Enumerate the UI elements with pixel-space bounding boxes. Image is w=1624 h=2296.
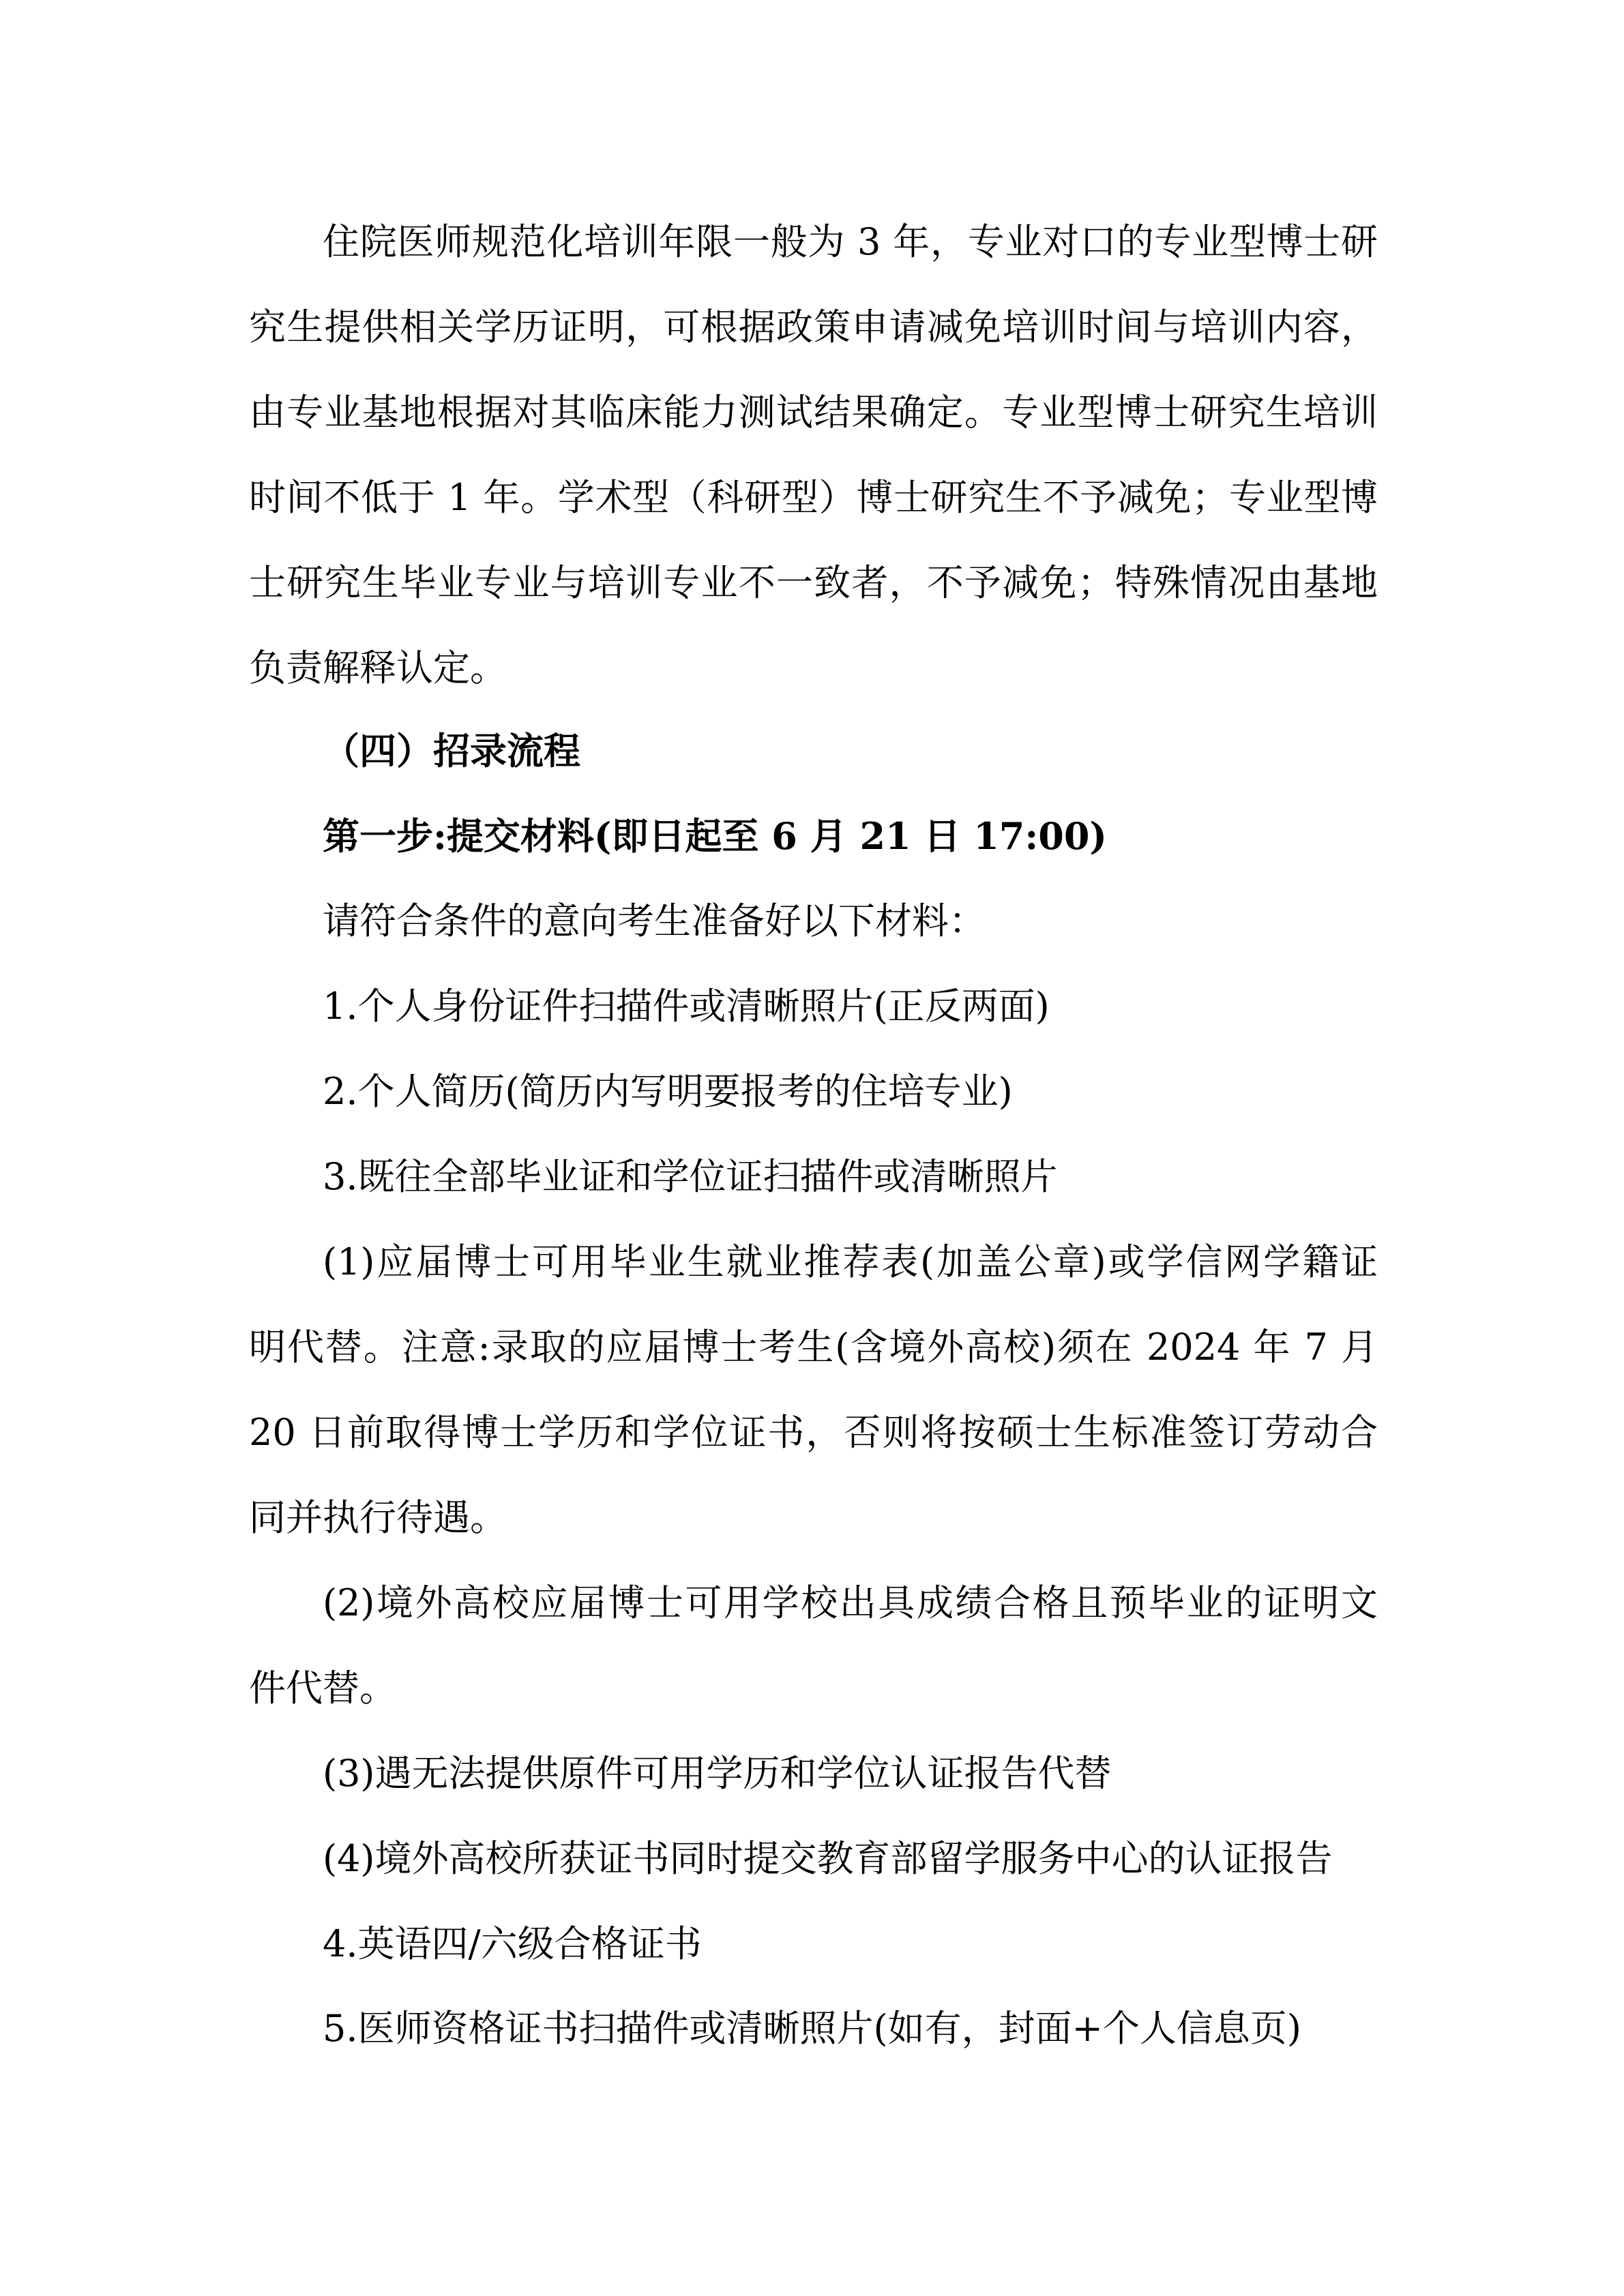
sub-item-4: (4)境外高校所获证书同时提交教育部留学服务中心的认证报告 (323, 1838, 1378, 1880)
document-page: 住院医师规范化培训年限一般为 3 年，专业对口的专业型博士研 究生提供相关学历证… (0, 0, 1624, 2296)
sub-item-line: 同并执行待遇。 (249, 1497, 1378, 1539)
sub-item-line: 件代替。 (249, 1667, 1378, 1710)
sub-item-line: (2)境外高校应届博士可用学校出具成绩合格且预毕业的证明文 (323, 1582, 1378, 1624)
sub-item-line: 20 日前取得博士学历和学位证书，否则将按硕士生标准签订劳动合 (249, 1412, 1378, 1454)
paragraph-line: 住院医师规范化培训年限一般为 3 年，专业对口的专业型博士研 (323, 221, 1378, 263)
paragraph-line: 负责解释认定。 (249, 647, 1378, 689)
list-item: 5.医师资格证书扫描件或清晰照片(如有，封面+个人信息页) (323, 2008, 1378, 2050)
paragraph-line: 究生提供相关学历证明，可根据政策申请减免培训时间与培训内容， (249, 306, 1378, 348)
materials-intro: 请符合条件的意向考生准备好以下材料： (323, 900, 1378, 942)
list-item: 4.英语四/六级合格证书 (323, 1923, 1378, 1965)
section-heading: （四）招录流程 (323, 730, 1378, 772)
sub-item-line: 明代替。注意:录取的应届博士考生(含境外高校)须在 2024 年 7 月 (249, 1326, 1378, 1369)
paragraph-line: 士研究生毕业专业与培训专业不一致者，不予减免；特殊情况由基地 (249, 562, 1378, 604)
sub-item-3: (3)遇无法提供原件可用学历和学位认证报告代替 (323, 1753, 1378, 1795)
paragraph-line: 时间不低于 1 年。学术型（科研型）博士研究生不予减免；专业型博 (249, 477, 1378, 519)
sub-item-line: (1)应届博士可用毕业生就业推荐表(加盖公章)或学信网学籍证 (323, 1241, 1378, 1283)
step1-heading: 第一步:提交材料(即日起至 6 月 21 日 17:00) (323, 815, 1378, 857)
list-item: 1.个人身份证件扫描件或清晰照片(正反两面) (323, 985, 1378, 1028)
list-item: 3.既往全部毕业证和学位证扫描件或清晰照片 (323, 1156, 1378, 1198)
list-item: 2.个人简历(简历内写明要报考的住培专业) (323, 1071, 1378, 1113)
paragraph-line: 由专业基地根据对其临床能力测试结果确定。专业型博士研究生培训 (249, 391, 1378, 434)
